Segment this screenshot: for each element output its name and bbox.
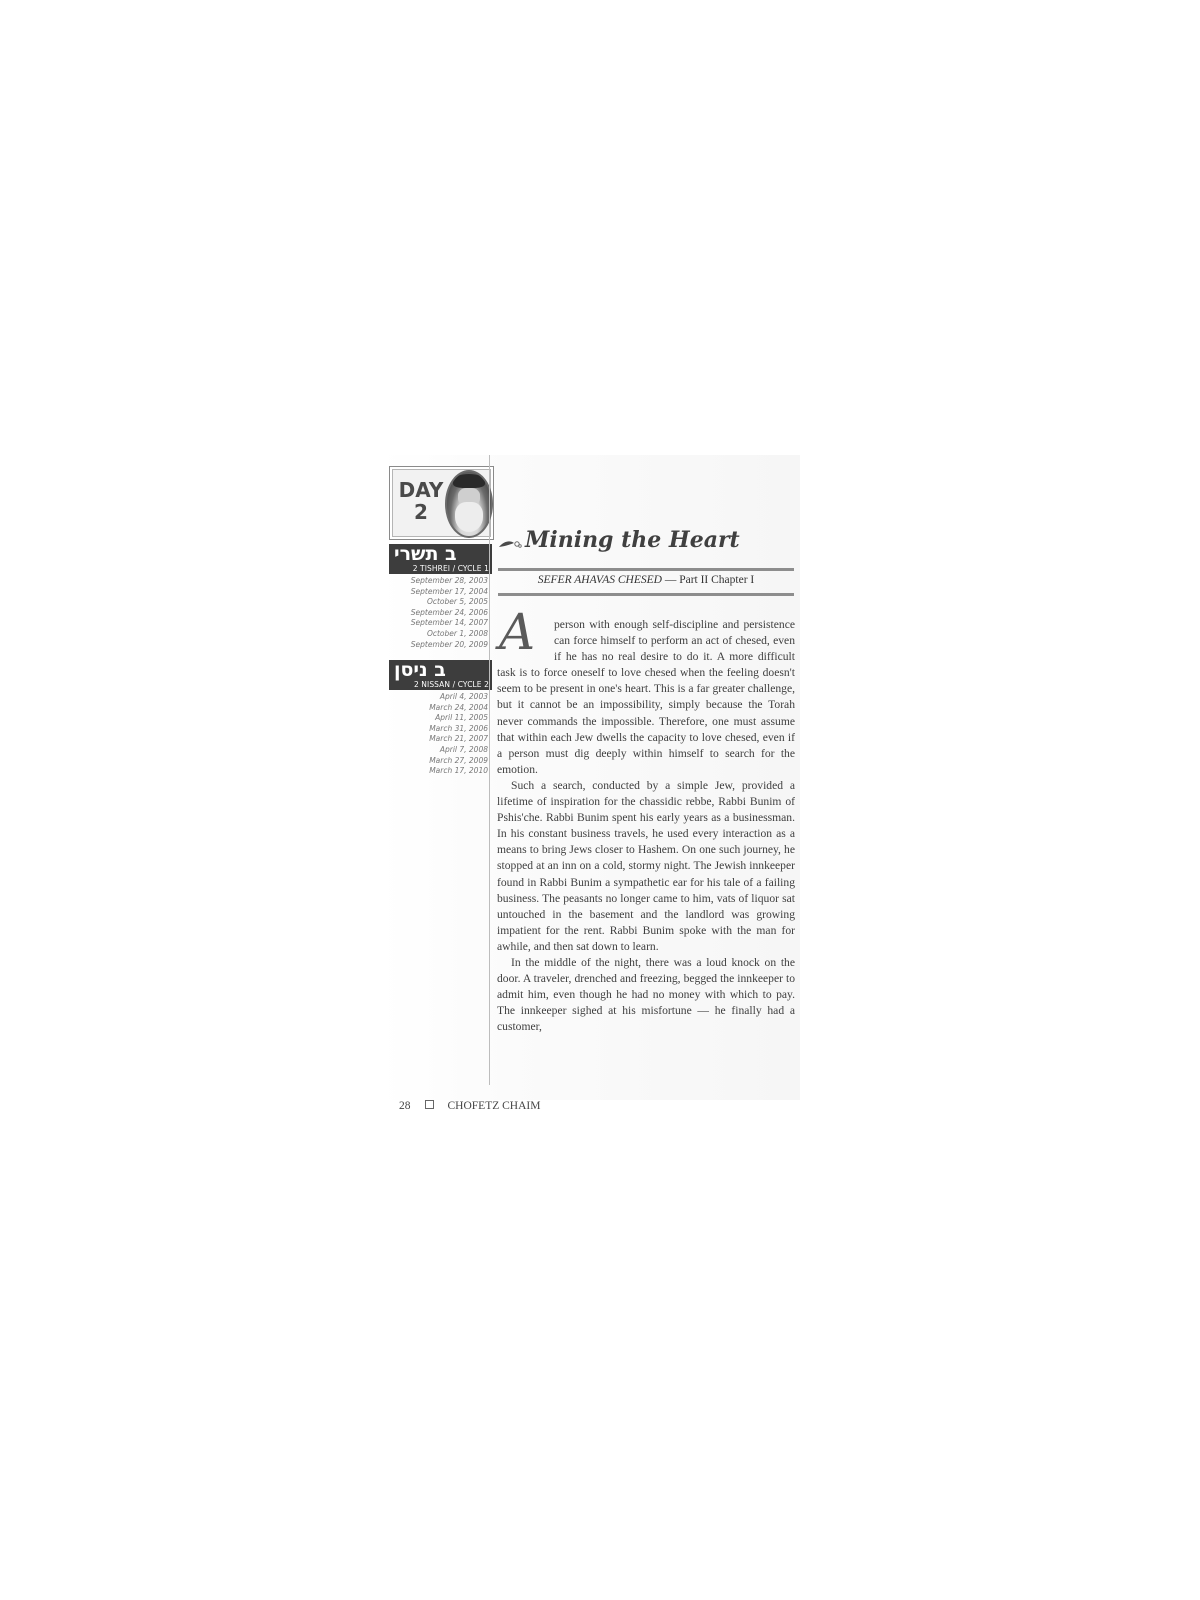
day-badge: DAY 2: [389, 466, 494, 540]
cycle-2-dates: April 4, 2003 March 24, 2004 April 11, 2…: [389, 692, 488, 777]
cycle-1-dates: September 28, 2003 September 17, 2004 Oc…: [389, 576, 488, 650]
date-item: October 5, 2005: [389, 597, 488, 608]
article-title-row: Mining the Heart: [498, 527, 798, 563]
date-item: September 17, 2004: [389, 587, 488, 598]
day-word: DAY: [398, 479, 444, 501]
date-item: March 24, 2004: [389, 703, 488, 714]
cycle-2-header: ב ניסן 2 NISSAN / CYCLE 2: [389, 660, 492, 690]
paragraph: Aperson with enough self-discipline and …: [497, 617, 795, 778]
date-item: March 21, 2007: [389, 734, 488, 745]
article-title: Mining the Heart: [525, 527, 740, 553]
quill-ornament-icon: [498, 537, 522, 551]
date-item: March 31, 2006: [389, 724, 488, 735]
source-chapter: — Part II Chapter I: [662, 574, 754, 586]
paragraph: Such a search, conducted by a simple Jew…: [497, 778, 795, 955]
date-item: September 24, 2006: [389, 608, 488, 619]
separator-box-icon: [425, 1100, 434, 1109]
cycle-1-label: 2 TISHREI / CYCLE 1: [389, 564, 492, 574]
day-label: DAY 2: [398, 479, 444, 523]
paragraph: In the middle of the night, there was a …: [497, 955, 795, 1035]
cycle-1-header: ב תשרי 2 TISHREI / CYCLE 1: [389, 544, 492, 574]
column-divider: [489, 455, 490, 1085]
source-rule: [498, 593, 794, 596]
article-body: Aperson with enough self-discipline and …: [497, 617, 795, 1035]
drop-cap: A: [497, 617, 552, 653]
title-rule: [498, 568, 794, 571]
source-reference: SEFER AHAVAS CHESED — Part II Chapter I: [498, 574, 794, 586]
cycle-1-hebrew-date: ב תשרי: [389, 544, 492, 564]
date-item: October 1, 2008: [389, 629, 488, 640]
book-page: DAY 2 ב תשרי 2 TISHREI / CYCLE 1 Septemb…: [380, 455, 812, 1145]
date-item: April 11, 2005: [389, 713, 488, 724]
date-item: March 17, 2010: [389, 766, 488, 777]
day-number: 2: [398, 501, 444, 523]
date-item: March 27, 2009: [389, 756, 488, 767]
date-item: September 28, 2003: [389, 576, 488, 587]
cycle-2-hebrew-date: ב ניסן: [389, 660, 492, 680]
date-item: April 7, 2008: [389, 745, 488, 756]
date-item: September 14, 2007: [389, 618, 488, 629]
running-title: CHOFETZ CHAIM: [448, 1100, 541, 1112]
source-book: SEFER AHAVAS CHESED: [538, 574, 662, 586]
date-item: September 20, 2009: [389, 640, 488, 651]
cycle-2-label: 2 NISSAN / CYCLE 2: [389, 680, 492, 690]
page-footer: 28CHOFETZ CHAIM: [399, 1100, 540, 1112]
rabbi-portrait-image: [445, 470, 493, 538]
date-item: April 4, 2003: [389, 692, 488, 703]
page-number: 28: [399, 1100, 411, 1112]
